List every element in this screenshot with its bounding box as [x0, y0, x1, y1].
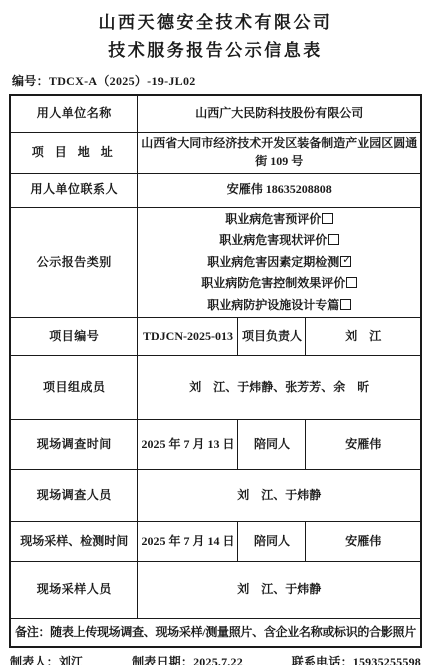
preparer-value: 刘江	[59, 655, 83, 665]
sampling-time-label: 现场采样、检测时间	[10, 522, 138, 562]
survey-staff-value: 刘 江、于炜静	[138, 470, 421, 522]
option-label: 职业病危害现状评价	[219, 233, 327, 247]
option-periodic-testing: 职业病危害因素定期检测✓	[140, 252, 418, 274]
page-title: 山西天德安全技术有限公司 技术服务报告公示信息表	[0, 0, 431, 65]
project-team-value: 刘 江、于炜静、张芳芳、余 昕	[138, 356, 421, 420]
option-pre-evaluation: 职业病危害预评价	[140, 209, 418, 231]
remark-text: 备注：随表上传现场调查、现场采样/测量照片、含企业名称或标识的合影照片	[10, 619, 421, 647]
employer-contact-value: 安雁伟 18635208808	[138, 173, 421, 207]
preparer: 制表人：刘江	[10, 653, 83, 665]
checkbox-unchecked	[328, 234, 339, 245]
survey-time-value: 2025 年 7 月 13 日	[138, 420, 238, 470]
sampling-staff-label: 现场采样人员	[10, 562, 138, 619]
table-row-report-category: 公示报告类别 职业病危害预评价 职业病危害现状评价 职业病危害因素定期检测✓ 职…	[10, 207, 421, 318]
report-category-options: 职业病危害预评价 职业病危害现状评价 职业病危害因素定期检测✓ 职业病防危害控制…	[138, 207, 421, 318]
report-form-page: 山西天德安全技术有限公司 技术服务报告公示信息表 编号：TDCX-A（2025）…	[0, 0, 431, 665]
contact-phone: 联系电话：15935255598	[292, 653, 421, 665]
checkbox-checked: ✓	[340, 256, 351, 267]
contact-phone-label: 联系电话：	[292, 655, 353, 665]
checkbox-unchecked	[346, 277, 357, 288]
option-label: 职业病防护设施设计专篇	[207, 298, 339, 312]
project-number-label: 项目编号	[10, 318, 138, 356]
project-address-label: 项 目 地 址	[10, 132, 138, 173]
sampling-time-value: 2025 年 7 月 14 日	[138, 522, 238, 562]
employer-name-label: 用人单位名称	[10, 95, 138, 132]
report-category-label: 公示报告类别	[10, 207, 138, 318]
option-label: 职业病危害预评价	[225, 212, 321, 226]
info-table: 用人单位名称 山西广大民防科技股份有限公司 项 目 地 址 山西省大同市经济技术…	[9, 94, 422, 648]
sampling-companion-value: 安雁伟	[306, 522, 421, 562]
sampling-companion-label: 陪同人	[238, 522, 306, 562]
table-row-survey-time: 现场调查时间 2025 年 7 月 13 日 陪同人 安雁伟	[10, 420, 421, 470]
checkbox-unchecked	[322, 213, 333, 224]
preparer-label: 制表人：	[10, 655, 59, 665]
checkbox-unchecked	[340, 299, 351, 310]
doc-number-value: TDCX-A（2025）-19-JL02	[49, 74, 196, 88]
survey-companion-label: 陪同人	[238, 420, 306, 470]
option-protection-facility-design: 职业病防护设施设计专篇	[140, 295, 418, 317]
doc-number-label: 编号：	[12, 74, 49, 88]
doc-number-line: 编号：TDCX-A（2025）-19-JL02	[12, 72, 431, 89]
option-label: 职业病危害因素定期检测	[207, 255, 339, 269]
prepared-date: 制表日期：2025.7.22	[132, 653, 243, 665]
company-title: 山西天德安全技术有限公司	[0, 9, 431, 37]
survey-time-label: 现场调查时间	[10, 420, 138, 470]
employer-contact-label: 用人单位联系人	[10, 173, 138, 207]
option-control-effect-evaluation: 职业病防危害控制效果评价	[140, 273, 418, 295]
survey-staff-label: 现场调查人员	[10, 470, 138, 522]
project-address-value: 山西省大同市经济技术开发区装备制造产业园区圆通街 109 号	[138, 132, 421, 173]
table-row-employer-name: 用人单位名称 山西广大民防科技股份有限公司	[10, 95, 421, 132]
table-row-survey-staff: 现场调查人员 刘 江、于炜静	[10, 470, 421, 522]
project-team-label: 项目组成员	[10, 356, 138, 420]
table-row-project-number: 项目编号 TDJCN-2025-013 项目负责人 刘 江	[10, 318, 421, 356]
survey-companion-value: 安雁伟	[306, 420, 421, 470]
project-number-value: TDJCN-2025-013	[138, 318, 238, 356]
table-row-project-team: 项目组成员 刘 江、于炜静、张芳芳、余 昕	[10, 356, 421, 420]
table-row-project-address: 项 目 地 址 山西省大同市经济技术开发区装备制造产业园区圆通街 109 号	[10, 132, 421, 173]
table-row-remark: 备注：随表上传现场调查、现场采样/测量照片、含企业名称或标识的合影照片	[10, 619, 421, 647]
table-row-sampling-time: 现场采样、检测时间 2025 年 7 月 14 日 陪同人 安雁伟	[10, 522, 421, 562]
form-title: 技术服务报告公示信息表	[0, 37, 431, 65]
option-label: 职业病防危害控制效果评价	[201, 276, 345, 290]
table-row-employer-contact: 用人单位联系人 安雁伟 18635208808	[10, 173, 421, 207]
option-status-evaluation: 职业病危害现状评价	[140, 230, 418, 252]
prepared-date-label: 制表日期：	[132, 655, 193, 665]
sampling-staff-value: 刘 江、于炜静	[138, 562, 421, 619]
contact-phone-value: 15935255598	[353, 655, 421, 665]
prepared-date-value: 2025.7.22	[193, 655, 243, 665]
project-leader-label: 项目负责人	[238, 318, 306, 356]
table-row-sampling-staff: 现场采样人员 刘 江、于炜静	[10, 562, 421, 619]
footer-line: 制表人：刘江 制表日期：2025.7.22 联系电话：15935255598	[10, 653, 421, 665]
employer-name-value: 山西广大民防科技股份有限公司	[138, 95, 421, 132]
project-leader-value: 刘 江	[306, 318, 421, 356]
